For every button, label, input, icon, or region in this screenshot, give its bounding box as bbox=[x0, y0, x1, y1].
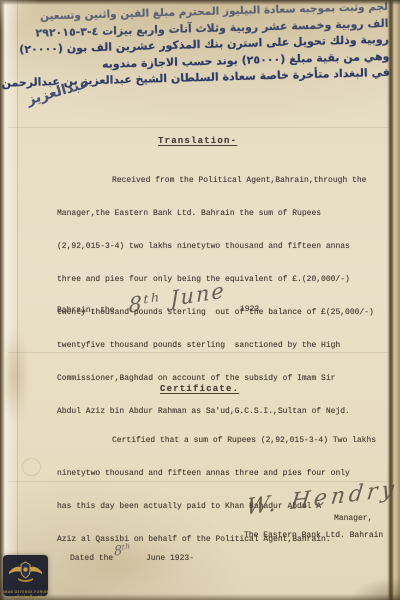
bank-name: The Eastern Bank Ltd. Bahrain bbox=[244, 531, 383, 540]
manager-title: Manager, bbox=[334, 514, 372, 523]
translation-line: Manager,the Eastern Bank Ltd. Bahrain th… bbox=[57, 209, 387, 224]
place-date-prefix: Bahrain, the bbox=[57, 306, 115, 315]
certificate-heading: Certificate. bbox=[160, 384, 239, 394]
certificate-line: ninetytwo thousand and fifteen annas thr… bbox=[57, 469, 387, 484]
watermark-arabic-label: ملتقى الدفاع العربي bbox=[0, 595, 52, 600]
translation-line: Received from the Political Agent,Bahrai… bbox=[57, 176, 387, 191]
typed-year: 1923 bbox=[240, 305, 259, 314]
translation-line: (2,92,015-3-4) two lakhs ninetytwo thous… bbox=[57, 242, 387, 257]
ring-stain bbox=[22, 458, 41, 476]
winged-shield-icon bbox=[6, 558, 45, 584]
certificate-line: Certified that a sum of Rupees (2,92,015… bbox=[57, 436, 387, 451]
document-photo: لجم وثبت بموجبه سعادة البيليوز المحترم م… bbox=[0, 0, 400, 600]
dated-prefix: Dated the bbox=[70, 554, 113, 563]
arabic-handwritten-note: لجم وثبت بموجبه سعادة البيليوز المحترم م… bbox=[13, 0, 390, 92]
horizontal-crease bbox=[8, 127, 392, 128]
paper-right-edge bbox=[386, 0, 400, 600]
translation-line: twentyfive thousand pounds sterling sanc… bbox=[57, 341, 387, 356]
dated-suffix: June 1923- bbox=[146, 554, 194, 563]
edge-tear-stain bbox=[1, 328, 29, 423]
forum-watermark: ARAB DEFENSE FORUM bbox=[3, 555, 48, 596]
translation-heading: Translation- bbox=[158, 136, 237, 146]
watermark-label: ARAB DEFENSE FORUM bbox=[2, 590, 48, 595]
